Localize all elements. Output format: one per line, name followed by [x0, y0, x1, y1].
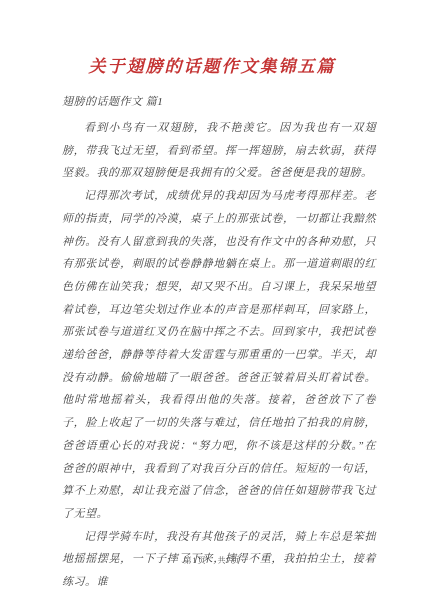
- page-footer: 第1页 共7页: [0, 555, 424, 566]
- section-heading: 翅膀的话题作文 篇1: [62, 95, 376, 109]
- footer-total-pages: 共7页: [218, 556, 241, 565]
- essay-body: 看到小鸟有一双翅膀，我不艳羡它。因为我也有一双翅膀，带我飞过无望，看到希望。挥一…: [62, 117, 376, 594]
- essay-paragraph: 记得那次考试，成绩优异的我却因为马虎考得那样差。老师的指责，同学的冷漠，桌子上的…: [62, 185, 376, 526]
- document-page: 关于翅膀的话题作文集锦五篇 翅膀的话题作文 篇1 看到小鸟有一双翅膀，我不艳羡它…: [0, 0, 424, 600]
- document-content: 翅膀的话题作文 篇1 看到小鸟有一双翅膀，我不艳羡它。因为我也有一双翅膀，带我飞…: [0, 95, 424, 594]
- document-title: 关于翅膀的话题作文集锦五篇: [0, 0, 424, 80]
- essay-paragraph: 看到小鸟有一双翅膀，我不艳羡它。因为我也有一双翅膀，带我飞过无望，看到希望。挥一…: [62, 117, 376, 185]
- footer-current-page: 第1页: [184, 556, 207, 565]
